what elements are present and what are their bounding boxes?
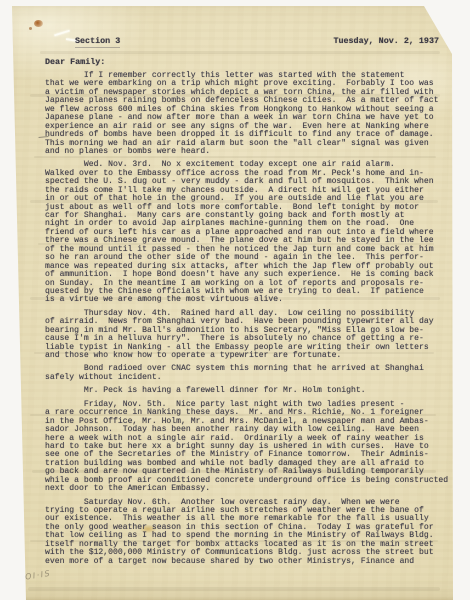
- section-heading: Section 3: [75, 36, 120, 48]
- letter-line: even more of a target now because shared…: [45, 558, 445, 566]
- letter-line: next door to the American Embassy.: [45, 485, 445, 493]
- letter-line: and those who know how to operate a type…: [45, 352, 445, 360]
- rust-stain: [34, 20, 43, 27]
- letter-line: and no planes or bombs were heard.: [45, 148, 445, 156]
- letter-body: If I remember correctly this letter was …: [45, 72, 445, 571]
- paragraph: Wed. Nov. 3rd. No x excitement today exc…: [45, 161, 445, 304]
- ink-streak: [28, 587, 440, 591]
- letter-line: Mr. Peck is having a farewell dinner for…: [45, 387, 445, 395]
- pencil-archive-note: AIPOI·IS: [8, 569, 52, 585]
- salutation: Dear Family:: [45, 57, 105, 67]
- letter-page: Section 3 Tuesday, Nov. 2, 1937 Dear Fam…: [0, 0, 470, 600]
- paragraph: If I remember correctly this letter was …: [45, 72, 445, 156]
- paragraph: Mr. Peck is having a farewell dinner for…: [45, 387, 445, 395]
- letter-header: Section 3 Tuesday, Nov. 2, 1937: [45, 36, 439, 48]
- paragraph: Friday, Nov. 5th. Nice party last night …: [45, 401, 445, 494]
- paragraph: Thursday Nov. 4th. Rained hard all day. …: [45, 310, 445, 361]
- letter-line: is a virtue we are among the most virtuo…: [45, 296, 445, 304]
- margin-dash-mark: —: [38, 130, 50, 144]
- rust-speck: [29, 27, 32, 30]
- paragraph: Bond radioed over CNAC system this morni…: [45, 365, 445, 382]
- letter-line: safely without incident.: [45, 374, 445, 382]
- ink-streak: [40, 51, 440, 54]
- scanned-letter: Section 3 Tuesday, Nov. 2, 1937 Dear Fam…: [0, 0, 470, 600]
- date-heading: Tuesday, Nov. 2, 1937: [333, 36, 439, 46]
- paragraph: Saturday Nov. 6th. Another low overcast …: [45, 499, 445, 567]
